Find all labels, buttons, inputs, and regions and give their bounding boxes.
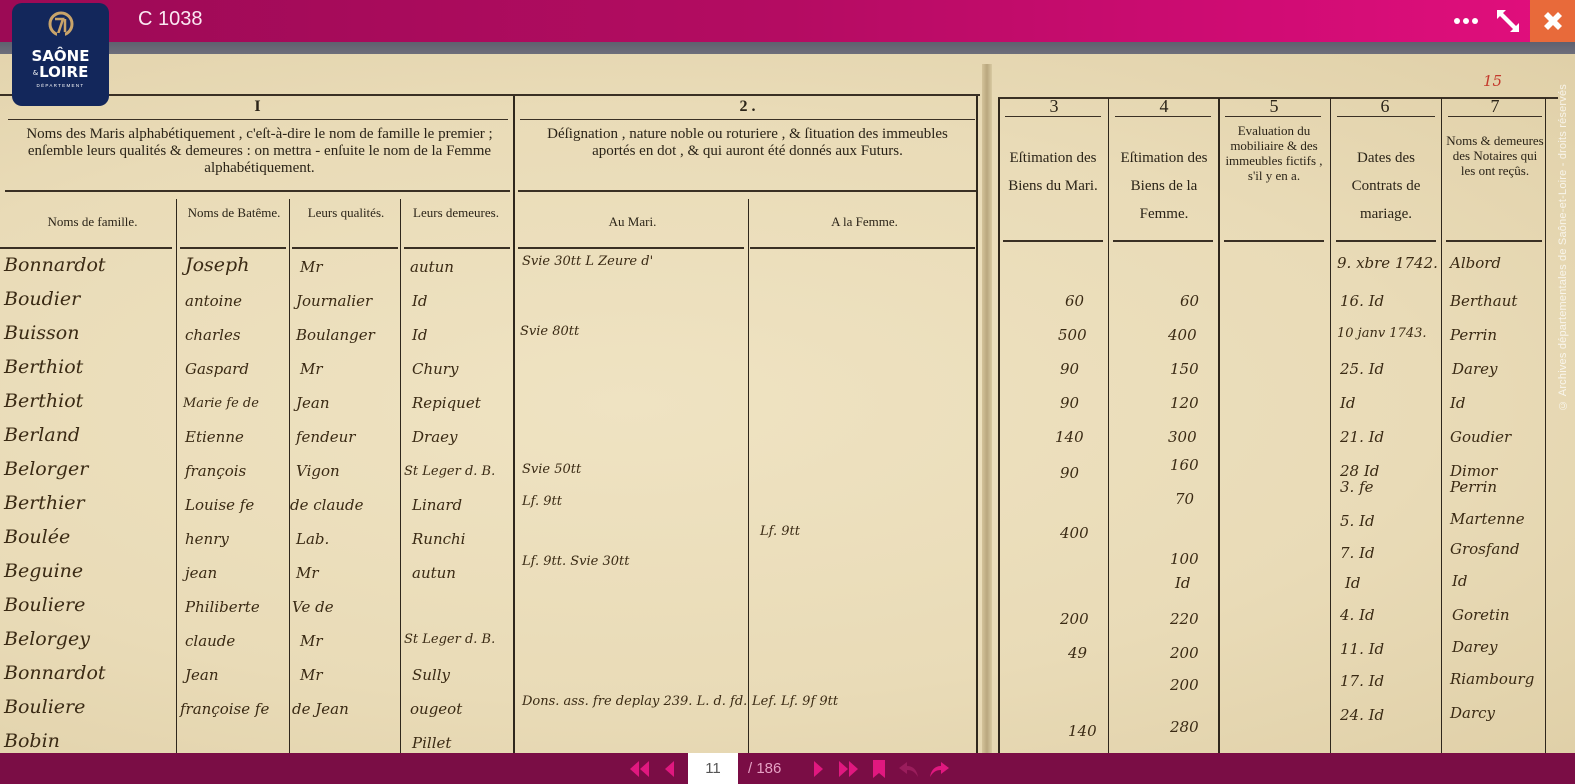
column-5-title: Evaluation du mobiliaire & des immeubles… xyxy=(1224,124,1324,184)
logo-ampersand: & xyxy=(33,69,38,77)
expand-arrows-icon xyxy=(1495,8,1521,34)
row-9-demeure: Runchi xyxy=(412,530,465,548)
row-9-qualite: Lab. xyxy=(296,530,329,548)
pager-bar: / 186 xyxy=(0,753,1575,784)
row-1-au-mari: Svie 30tt L Zeure d' xyxy=(522,254,653,269)
more-dot-icon xyxy=(1463,18,1469,24)
row-14-famille: Bouliere xyxy=(4,696,85,718)
row-6-demeure: Draey xyxy=(412,428,458,446)
more-dots-icon xyxy=(1454,18,1460,24)
row-6-biens-femme: 300 xyxy=(1168,428,1197,446)
column-divider xyxy=(1330,98,1331,753)
row-8-date: 3. fe xyxy=(1340,478,1374,496)
row-8-demeure: Linard xyxy=(412,496,462,514)
row-5-date: Id xyxy=(1340,394,1356,412)
undo-arrow-icon xyxy=(898,760,920,778)
brace-rule xyxy=(518,190,978,192)
row-3-notaire: Perrin xyxy=(1450,326,1497,344)
column-divider xyxy=(1545,98,1546,753)
row-6-notaire: Goudier xyxy=(1450,428,1511,446)
rule xyxy=(518,247,744,249)
column-divider xyxy=(748,199,749,753)
first-page-button[interactable] xyxy=(624,753,654,784)
row-14-a-femme: Lef. Lf. 9f 9tt xyxy=(752,694,838,709)
chevron-right-icon xyxy=(812,760,826,778)
row-1-qualite: Mr xyxy=(300,258,323,276)
rule xyxy=(1224,240,1324,242)
row-5-qualite: Jean xyxy=(296,394,330,412)
saone-et-loire-logo[interactable]: SAÔNE &LOIRE DÉPARTEMENT xyxy=(12,3,109,106)
row-4-demeure: Chury xyxy=(412,360,458,378)
row-7-au-mari: Svie 50tt xyxy=(522,462,581,477)
row-9-famille: Boulée xyxy=(4,526,70,548)
row-10-au-mari: Lf. 9tt. Svie 30tt xyxy=(522,554,629,569)
row-3-bateme: charles xyxy=(185,326,241,344)
row-3-date: 10 janv 1743. xyxy=(1337,326,1427,341)
row-8-notaire: Perrin xyxy=(1450,478,1497,496)
column-1-title: Noms des Maris alphabétiquement , c'eſt-… xyxy=(12,126,507,176)
row-13-date: 11. Id xyxy=(1340,640,1384,658)
row-5-famille: Berthiot xyxy=(4,390,83,412)
rule xyxy=(8,119,508,120)
row-15-demeure: Pillet xyxy=(412,734,451,752)
row-10-biens-femme: 100 xyxy=(1170,550,1199,568)
row-10-demeure: autun xyxy=(412,564,456,582)
row-10-famille: Beguine xyxy=(4,560,83,582)
row-10-date: 7. Id xyxy=(1340,544,1375,562)
row-15-famille: Bobin xyxy=(4,730,60,752)
document-title: C 1038 xyxy=(138,8,203,31)
rule xyxy=(0,247,172,249)
row-9-date: 5. Id xyxy=(1340,512,1375,530)
row-9-biens-mari: 400 xyxy=(1060,524,1089,542)
rule xyxy=(1005,116,1101,117)
close-button[interactable] xyxy=(1530,0,1575,42)
row-7-biens-femme: 160 xyxy=(1170,456,1199,474)
row-7-demeure: St Leger d. B. xyxy=(404,464,495,479)
row-3-demeure: Id xyxy=(412,326,428,344)
rule xyxy=(0,94,980,96)
rule xyxy=(1113,240,1213,242)
row-9-a-femme: Lf. 9tt xyxy=(760,524,800,539)
undo-button[interactable] xyxy=(894,753,924,784)
document-page-scan: 15 I 2 . 3 4 5 6 7 Noms des Maris alphab… xyxy=(0,54,1575,753)
column-divider xyxy=(1441,98,1442,753)
row-3-famille: Buisson xyxy=(4,322,79,344)
row-12-qualite: Mr xyxy=(300,632,323,650)
logo-text-loire: &LOIRE xyxy=(12,64,109,81)
rule xyxy=(750,247,975,249)
column-divider xyxy=(176,199,177,753)
column-divider xyxy=(1108,98,1109,753)
row-4-notaire: Darey xyxy=(1452,360,1498,378)
row-10-notaire: Grosfand xyxy=(1450,540,1520,558)
row-4-biens-femme: 150 xyxy=(1170,360,1199,378)
row-12-demeure: St Leger d. B. xyxy=(404,632,495,647)
row-5-biens-mari: 90 xyxy=(1060,394,1079,412)
row-13-bateme: Jean xyxy=(185,666,219,684)
fullscreen-button[interactable] xyxy=(1486,0,1530,42)
row-15-biens-mari: 140 xyxy=(1068,722,1097,740)
row-14-notaire: Riambourg xyxy=(1450,670,1534,688)
column-number-1: I xyxy=(200,98,315,116)
row-9-bateme: henry xyxy=(185,530,229,548)
column-7-title: Noms & demeures des Notaires qui les ont… xyxy=(1446,134,1544,179)
row-11-qualite: Ve de xyxy=(292,598,334,616)
column-number-3: 3 xyxy=(1000,96,1108,117)
column-6-title: Dates des Contrats de mariage. xyxy=(1336,144,1436,228)
column-divider xyxy=(289,199,290,753)
page-number-input[interactable] xyxy=(688,753,738,784)
row-11-bateme: Philiberte xyxy=(185,598,260,616)
column-3-title: Eſtimation des Biens du Mari. xyxy=(1005,144,1101,200)
row-13-famille: Bonnardot xyxy=(4,662,106,684)
last-page-button[interactable] xyxy=(834,753,864,784)
column-number-7: 7 xyxy=(1442,96,1548,117)
rule xyxy=(1115,116,1211,117)
column-number-4: 4 xyxy=(1110,96,1218,117)
row-3-qualite: Boulanger xyxy=(296,326,375,344)
row-1-notaire: Albord xyxy=(1450,254,1501,272)
row-6-famille: Berland xyxy=(4,424,80,446)
column-4-title: Eſtimation des Biens de la Femme. xyxy=(1114,144,1214,228)
row-7-bateme: françois xyxy=(185,462,246,480)
redo-button[interactable] xyxy=(924,753,954,784)
row-13-notaire: Darey xyxy=(1452,638,1498,656)
row-12-notaire: Goretin xyxy=(1452,606,1510,624)
subheader-leurs-qualites: Leurs qualités. xyxy=(292,206,400,221)
row-8-au-mari: Lf. 9tt xyxy=(522,494,562,509)
row-2-date: 16. Id xyxy=(1340,292,1384,310)
book-gutter xyxy=(982,64,992,753)
close-x-icon xyxy=(1541,9,1565,33)
logo-text-departement: DÉPARTEMENT xyxy=(12,83,109,88)
row-5-bateme: Marie fe de xyxy=(183,396,259,411)
row-11-famille: Bouliere xyxy=(4,594,85,616)
row-1-famille: Bonnardot xyxy=(4,254,106,276)
subheader-noms-de-famille: Noms de famille. xyxy=(10,215,175,230)
row-3-biens-femme: 400 xyxy=(1168,326,1197,344)
row-13-demeure: Sully xyxy=(412,666,450,684)
page-total: / 186 xyxy=(744,760,804,777)
column-number-6: 6 xyxy=(1330,96,1440,117)
chevron-left-icon xyxy=(662,760,676,778)
row-2-demeure: Id xyxy=(412,292,428,310)
row-5-demeure: Repiquet xyxy=(412,394,481,412)
subheader-noms-de-bateme: Noms de Batême. xyxy=(180,206,288,221)
double-chevron-right-icon xyxy=(837,760,861,778)
row-2-biens-femme: 60 xyxy=(1180,292,1199,310)
row-3-au-mari: Svie 80tt xyxy=(520,324,579,339)
row-10-bateme: jean xyxy=(185,564,217,582)
row-14-demeure: ougeot xyxy=(410,700,462,718)
row-2-biens-mari: 60 xyxy=(1065,292,1084,310)
row-8-qualite: de claude xyxy=(290,496,364,514)
column-divider xyxy=(998,98,1000,753)
rule xyxy=(1336,240,1436,242)
row-4-famille: Berthiot xyxy=(4,356,83,378)
column-number-5: 5 xyxy=(1220,96,1328,117)
brace-rule xyxy=(5,190,510,192)
row-11-notaire: Id xyxy=(1452,572,1468,590)
row-7-famille: Belorger xyxy=(4,458,88,480)
row-13-biens-femme: 200 xyxy=(1170,644,1199,662)
bookmark-icon xyxy=(872,759,886,779)
row-14-biens-femme: 200 xyxy=(1170,676,1199,694)
next-page-button[interactable] xyxy=(804,753,834,784)
logo-text-saone: SAÔNE xyxy=(12,48,109,64)
subheader-a-la-femme: A la Femme. xyxy=(752,215,977,230)
row-5-notaire: Id xyxy=(1450,394,1466,412)
rule xyxy=(520,119,975,120)
rule xyxy=(1003,240,1103,242)
row-4-date: 25. Id xyxy=(1340,360,1384,378)
previous-page-button[interactable] xyxy=(654,753,684,784)
rule xyxy=(1448,116,1542,117)
subheader-au-mari: Au Mari. xyxy=(520,215,745,230)
row-6-date: 21. Id xyxy=(1340,428,1384,446)
row-13-biens-mari: 49 xyxy=(1068,644,1087,662)
row-15-date: 24. Id xyxy=(1340,706,1384,724)
redo-arrow-icon xyxy=(928,760,950,778)
row-2-bateme: antoine xyxy=(185,292,242,310)
rule xyxy=(1446,240,1542,242)
more-dot-icon xyxy=(1472,18,1478,24)
row-8-biens-femme: 70 xyxy=(1175,490,1194,508)
row-12-date: 4. Id xyxy=(1340,606,1375,624)
page-navigation: / 186 xyxy=(624,753,954,784)
column-number-2: 2 . xyxy=(690,98,805,116)
department-71-emblem-icon xyxy=(46,10,76,40)
row-12-biens-femme: 220 xyxy=(1170,610,1199,628)
copyright-watermark: © Archives départementales de Saône-et-L… xyxy=(1557,84,1569,411)
row-14-qualite: de Jean xyxy=(292,700,349,718)
column-divider xyxy=(400,199,401,753)
top-actions xyxy=(1446,0,1575,42)
row-1-bateme: Joseph xyxy=(185,254,249,276)
row-4-biens-mari: 90 xyxy=(1060,360,1079,378)
rule xyxy=(1225,116,1321,117)
row-14-au-mari: Dons. ass. fre deplay 239. L. d. fd. xyxy=(522,694,747,709)
row-12-famille: Belorgey xyxy=(4,628,90,650)
row-5-biens-femme: 120 xyxy=(1170,394,1199,412)
row-2-qualite: Journalier xyxy=(296,292,372,310)
row-6-qualite: fendeur xyxy=(296,428,355,446)
document-viewport[interactable]: 15 I 2 . 3 4 5 6 7 Noms des Maris alphab… xyxy=(0,42,1575,753)
double-chevron-left-icon xyxy=(627,760,651,778)
row-12-biens-mari: 200 xyxy=(1060,610,1089,628)
row-8-famille: Berthier xyxy=(4,492,85,514)
rule xyxy=(180,247,286,249)
row-11-date: Id xyxy=(1345,574,1361,592)
row-7-biens-mari: 90 xyxy=(1060,464,1079,482)
row-12-bateme: claude xyxy=(185,632,235,650)
bookmark-button[interactable] xyxy=(864,753,894,784)
subheader-leurs-demeures: Leurs demeures. xyxy=(402,206,510,221)
column-2-title: Déſignation , nature noble ou roturiere … xyxy=(525,126,970,160)
row-2-famille: Boudier xyxy=(4,288,80,310)
row-2-notaire: Berthaut xyxy=(1450,292,1517,310)
row-13-qualite: Mr xyxy=(300,666,323,684)
folio-number: 15 xyxy=(1483,72,1502,90)
row-14-bateme: françoise fe xyxy=(180,700,269,718)
row-11-biens-femme: Id xyxy=(1175,574,1191,592)
row-14-date: 17. Id xyxy=(1340,672,1384,690)
column-divider xyxy=(513,96,515,753)
row-3-biens-mari: 500 xyxy=(1058,326,1087,344)
column-divider xyxy=(1218,98,1220,753)
row-10-qualite: Mr xyxy=(296,564,319,582)
row-9-notaire: Martenne xyxy=(1450,510,1525,528)
row-1-demeure: autun xyxy=(410,258,454,276)
rule xyxy=(404,247,510,249)
row-6-biens-mari: 140 xyxy=(1055,428,1084,446)
row-4-bateme: Gaspard xyxy=(185,360,249,378)
row-6-bateme: Etienne xyxy=(185,428,244,446)
more-options-button[interactable] xyxy=(1446,0,1486,42)
rule xyxy=(1337,116,1435,117)
logo-loire: LOIRE xyxy=(39,63,88,81)
row-8-bateme: Louise fe xyxy=(185,496,254,514)
column-divider xyxy=(976,96,978,753)
rule xyxy=(292,247,398,249)
row-4-qualite: Mr xyxy=(300,360,323,378)
row-15-notaire: Darcy xyxy=(1450,704,1495,722)
row-7-qualite: Vigon xyxy=(296,462,340,480)
top-bar: C 1038 xyxy=(0,0,1575,42)
row-15-biens-femme: 280 xyxy=(1170,718,1199,736)
row-1-date: 9. xbre 1742. xyxy=(1337,254,1438,272)
